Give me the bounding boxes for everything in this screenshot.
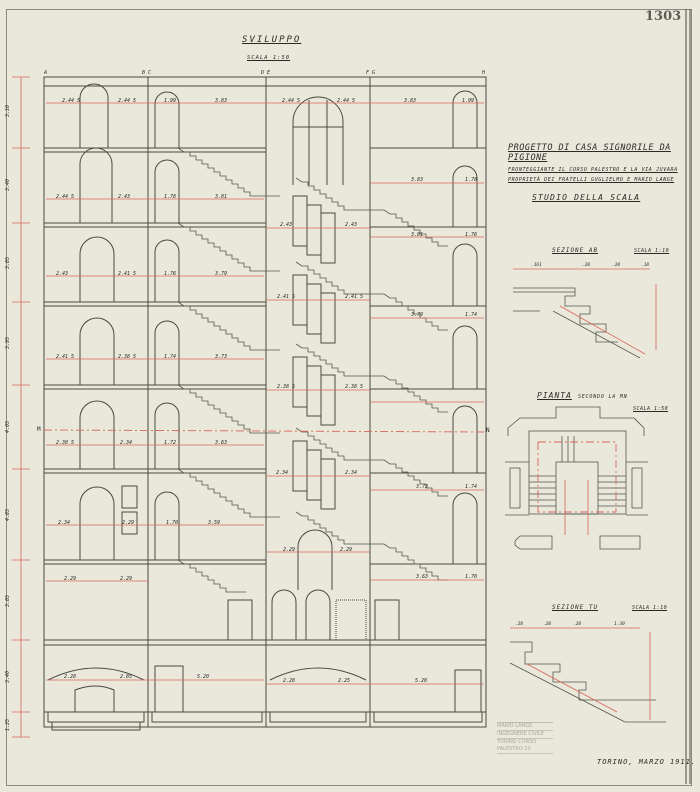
- dim-label: 3.63: [215, 440, 227, 446]
- dim-label: .28: [515, 622, 523, 627]
- dim-label: 2.28: [64, 674, 76, 680]
- dim-label: 2.44 5: [62, 98, 80, 104]
- vdim-9: 1.25: [5, 719, 11, 731]
- dim-label: 5.20: [415, 678, 427, 684]
- dim-label: 1.74: [465, 312, 477, 318]
- dim-label: .28: [612, 263, 620, 268]
- dim-label: 2.34: [58, 520, 70, 526]
- dim-label: 2.43: [345, 222, 357, 228]
- stamp-name: MARIO LANGE: [497, 723, 553, 731]
- marker-fg: F G: [366, 70, 375, 76]
- plan-subtitle: SECONDO LA MN: [578, 394, 628, 400]
- dim-label: 2.43: [56, 271, 68, 277]
- dim-label: 2.41 5: [118, 271, 136, 277]
- dim-label: 1.74: [465, 484, 477, 490]
- vdim-5: 4.05: [5, 421, 11, 433]
- dim-label: .28: [582, 263, 590, 268]
- vdim-2: 3.40: [5, 179, 11, 191]
- dim-label: 2.34: [345, 470, 357, 476]
- section-tu-scale: SCALA 1:10: [632, 605, 667, 611]
- dim-label: 1.74: [164, 354, 176, 360]
- dim-label: 1.99: [462, 98, 474, 104]
- dim-label: .28: [573, 622, 581, 627]
- dim-label: 2.41 5: [56, 354, 74, 360]
- dim-label: 2.29: [283, 547, 295, 553]
- title-block: PROGETTO DI CASA SIGNORILE DA PIGIONE FR…: [508, 143, 688, 202]
- dim-label: 2.38 5: [345, 384, 363, 390]
- dim-label: 1.99: [164, 98, 176, 104]
- dim-label: 2.44 5: [118, 98, 136, 104]
- dim-label: 3.63: [416, 574, 428, 580]
- dim-label: 3.81: [215, 194, 227, 200]
- main-drawing-scale: SCALA 1:50: [247, 55, 290, 61]
- dim-label: 3.83: [404, 98, 416, 104]
- vdim-1: 3.10: [5, 105, 11, 117]
- project-owner: PROPRIETÀ DEI FRATELLI GUGLIELMO E MARIO…: [508, 177, 688, 183]
- marker-de: D E: [261, 70, 270, 76]
- section-line-m: M: [37, 426, 41, 433]
- plan-scale: SCALA 1:50: [633, 406, 668, 412]
- vdim-8: 3.40: [5, 671, 11, 683]
- section-ab-title: SEZIONE AB: [552, 247, 598, 254]
- dim-label: 1.70: [465, 574, 477, 580]
- dim-label: 2.28: [283, 678, 295, 684]
- project-title: PROGETTO DI CASA SIGNORILE DA PIGIONE: [508, 143, 688, 163]
- dim-label: 2.44 5: [282, 98, 300, 104]
- engineer-stamp: MARIO LANGE INGEGNERE CIVILE TORINO CORS…: [497, 722, 553, 754]
- dim-label: 1.70: [166, 520, 178, 526]
- section-tu-title: SEZIONE TU: [552, 604, 598, 611]
- dim-label: 2.44 5: [56, 194, 74, 200]
- dim-label: 2.25: [338, 678, 350, 684]
- drawing-subject: STUDIO DELLA SCALA: [532, 193, 688, 202]
- sheet-number: 1303: [645, 9, 681, 24]
- dim-label: 2.43: [118, 194, 130, 200]
- dim-label: 3.73: [416, 484, 428, 490]
- dim-label: 3.81: [411, 232, 423, 238]
- dim-label: 1.76: [164, 271, 176, 277]
- dim-label: 2.38 5: [118, 354, 136, 360]
- dim-label: 2.41 5: [345, 294, 363, 300]
- project-location: FRONTEGGIANTE IL CORSO PALESTRO E LA VIA…: [508, 167, 688, 173]
- stamp-profession: INGEGNERE CIVILE: [497, 731, 553, 739]
- dim-label: 2.41 5: [277, 294, 295, 300]
- dim-label: 3.79: [411, 312, 423, 318]
- dim-label: 2.43: [280, 222, 292, 228]
- drawing-sheet: 1303 SVILUPPO SCALA 1:50 A B C D E F G H…: [0, 0, 700, 792]
- dim-label: 2.38 5: [277, 384, 295, 390]
- dim-label: 1.78: [465, 177, 477, 183]
- marker-a: A: [44, 70, 47, 76]
- section-line-n: N: [486, 427, 490, 434]
- vdim-7: 3.85: [5, 595, 11, 607]
- main-drawing-title: SVILUPPO: [242, 35, 301, 45]
- dim-label: 5.20: [197, 674, 209, 680]
- marker-h: H: [482, 70, 485, 76]
- vdim-6: 4.85: [5, 509, 11, 521]
- dim-label: 3.83: [215, 98, 227, 104]
- vdim-3: 3.85: [5, 257, 11, 269]
- stamp-address: TORINO CORSO PALESTRO 10: [497, 739, 553, 754]
- dim-label: 3.79: [215, 271, 227, 277]
- dim-label: 1.78: [164, 194, 176, 200]
- section-ab-scale: SCALA 1:10: [634, 248, 669, 254]
- dim-label: 3.83: [411, 177, 423, 183]
- dim-label: 3.73: [215, 354, 227, 360]
- dim-label: 2.38 5: [56, 440, 74, 446]
- dim-label: .28: [543, 622, 551, 627]
- dim-label: 2.34: [120, 440, 132, 446]
- dim-label: 1.30: [614, 622, 625, 627]
- dim-label: 1.72: [164, 440, 176, 446]
- dim-label: 2.29: [64, 576, 76, 582]
- marker-bc: B C: [142, 70, 151, 76]
- dim-label: 2.44 5: [337, 98, 355, 104]
- dim-label: 2.29: [340, 547, 352, 553]
- vdim-4: 3.95: [5, 337, 11, 349]
- dim-label: 2.29: [120, 576, 132, 582]
- dim-label: 2.85: [120, 674, 132, 680]
- drawing-date: TORINO, MARZO 1911.: [597, 758, 696, 766]
- dim-label: 3.59: [208, 520, 220, 526]
- dim-label: .161: [531, 263, 542, 268]
- dim-label: 1.76: [465, 232, 477, 238]
- dim-label: 2.29: [122, 520, 134, 526]
- dim-label: 2.34: [276, 470, 288, 476]
- dim-label: .18: [641, 263, 649, 268]
- plan-title: PIANTA: [537, 391, 572, 400]
